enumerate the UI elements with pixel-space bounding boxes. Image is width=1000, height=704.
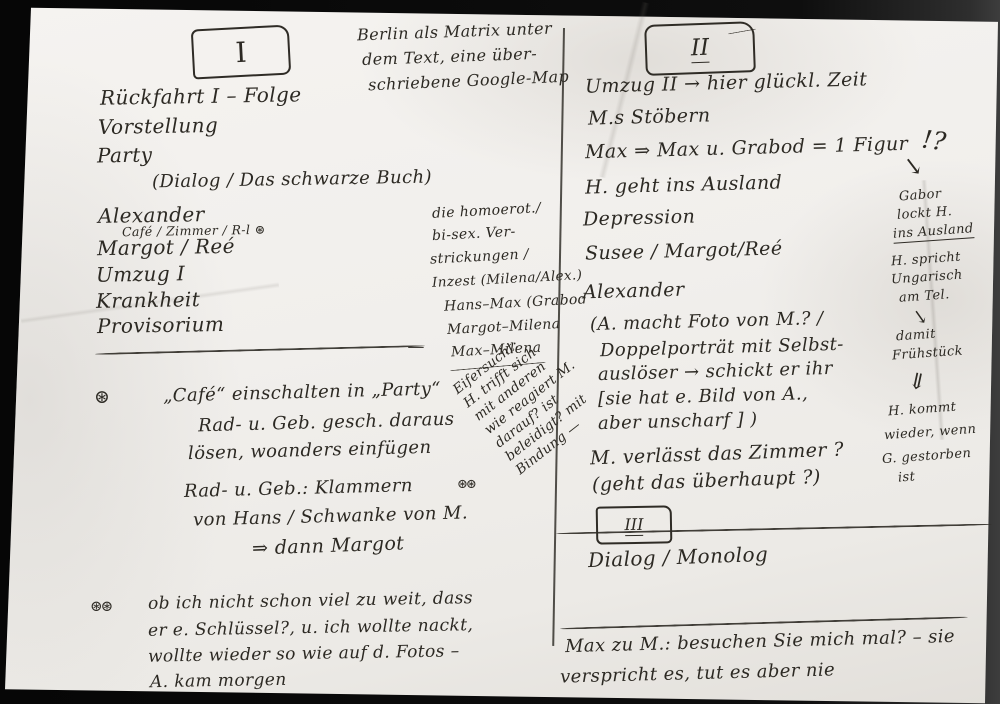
margin-dash (408, 347, 424, 348)
section-2-heading: II (690, 34, 709, 63)
double-star-marker: ⊛⊛ (457, 477, 475, 492)
note-line: Depression (583, 206, 696, 231)
note-line: aber unscharf ] ) (598, 409, 758, 434)
margin-line: damit (896, 327, 937, 345)
section-3-heading: III (624, 514, 643, 535)
section-1-heading: I (235, 35, 248, 69)
margin-line: Gabor (899, 187, 942, 205)
note-line: Rückfahrt I – Folge (100, 82, 302, 110)
note-line: Party (97, 143, 153, 168)
note-line: Provisorium (97, 312, 225, 338)
note-line: Krankheit (96, 287, 201, 313)
note-line: Margot / Reé (97, 234, 235, 260)
arrow-down-right-icon: ↘ (901, 151, 925, 182)
section-3-heading-box: III (596, 505, 673, 544)
note-line: M.s Stöbern (588, 104, 711, 129)
note-line: A. kam morgen (150, 670, 287, 692)
photo-of-handwritten-notes: Berlin als Matrix unter dem Text, eine ü… (0, 0, 1000, 704)
margin-line: ist (897, 469, 915, 485)
note-line: Vorstellung (98, 113, 219, 139)
section-1-heading-box: I (191, 24, 291, 79)
section-2-heading-box: II (644, 21, 756, 76)
exclaim-mark: !? (920, 124, 948, 156)
note-line: Alexander (583, 279, 685, 304)
star-marker: ⊛ (94, 386, 110, 408)
double-star-marker: ⊛⊛ (90, 597, 111, 615)
note-line: Umzug I (96, 261, 186, 287)
